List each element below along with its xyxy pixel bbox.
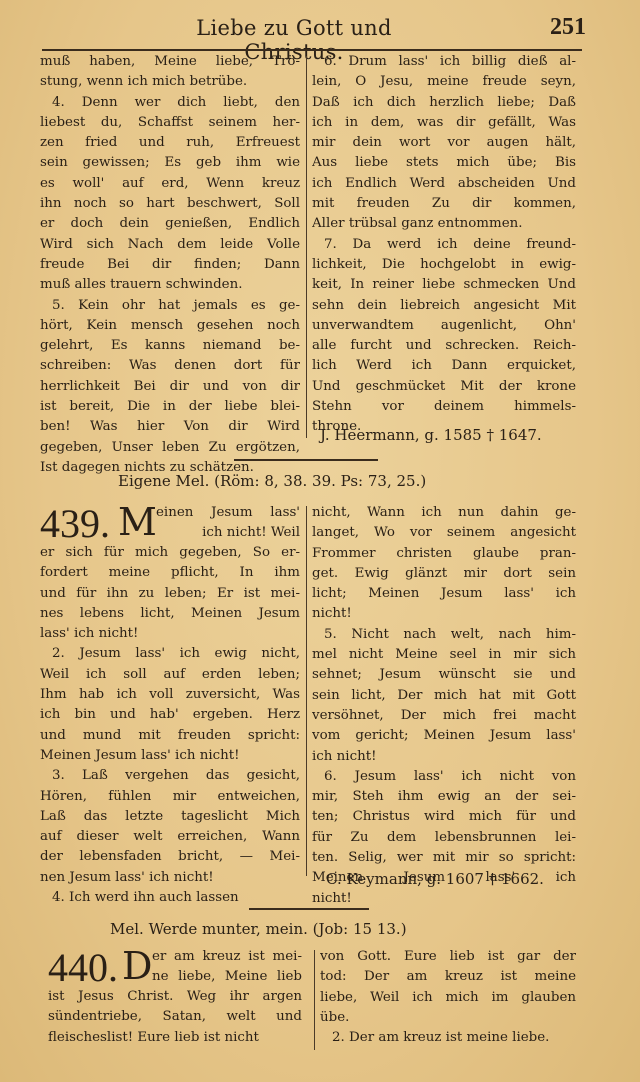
verse-line: mit freuden Zu dir kommen, [312,194,576,214]
first-line-1: einen Jesum lass' [156,503,300,523]
verse-line: fordert meine pflicht, In ihm [40,563,300,583]
column-divider [306,506,307,876]
verse-line: mel nicht Meine seel in mir sich [312,645,576,665]
verse-line: fleischeslist! Eure lieb ist nicht [48,1028,302,1048]
hymn-440-right-column: von Gott. Eure lieb ist gar dertod: Der … [320,947,576,1048]
hymn-440-dropcap: D [122,946,152,986]
verse-line: mir, Steh ihm ewig an der sei- [312,787,576,807]
verse-line: muß haben, Meine liebe, Trö- [40,52,300,72]
verse-line: 2. Jesum lass' ich ewig nicht, [40,644,300,664]
verse-line: 7. Da werd ich deine freund- [312,235,576,255]
verse-line: langet, Wo vor seinem angesicht [312,523,576,543]
hymn-438-attribution: J. Heermann, g. 1585 † 1647. [320,426,542,444]
verse-line: ich in dem, was dir gefällt, Was [312,113,576,133]
verse-line: unverwandtem augenlicht, Ohn' [312,316,576,336]
verse-line: get. Ewig glänzt mir dort sein [312,564,576,584]
verse-line: sehn dein liebreich angesicht Mit [312,296,576,316]
verse-line: ist Jesus Christ. Weg ihr argen [48,987,302,1007]
verse-line: lass' ich nicht! [40,624,300,644]
verse-line: nicht! [312,889,576,909]
verse-line: und für ihn zu leben; Er ist mei- [40,584,300,604]
verse-line: 6. Jesum lass' ich nicht von [312,767,576,787]
verse-line: Meinen Jesum lass' ich nicht! [40,746,300,766]
verse-line: 5. Nicht nach welt, nach him- [312,625,576,645]
verse-line: freude Bei dir finden; Dann [40,255,300,275]
verse-line: zen fried und ruh, Erfreuest [40,133,300,153]
verse-line: Aus liebe stets mich übe; Bis [312,153,576,173]
verse-line: auf dieser welt erreichen, Wann [40,827,300,847]
verse-line: keit, In reiner liebe schmecken Und [312,275,576,295]
verse-line: liebest du, Schaffst seinem her- [40,113,300,133]
verse-line: und mund mit freuden spricht: [40,726,300,746]
verse-line: 5. Kein ohr hat jemals es ge- [40,296,300,316]
verse-line: muß alles trauern schwinden. [40,275,300,295]
verse-line: ten; Christus wird mich für und [312,807,576,827]
verse-line: tod: Der am kreuz ist meine [320,967,576,987]
verse-line: 6. Drum lass' ich billig dieß al- [312,52,576,72]
section-rule [249,908,369,910]
verse-line: ich Endlich Werd abscheiden Und [312,174,576,194]
verse-line: Weil ich soll auf erden leben; [40,665,300,685]
verse-line: der lebensfaden bricht, — Mei- [40,847,300,867]
verse-line: schreiben: Was denen dort für [40,356,300,376]
verse-line: Aller trübsal ganz entnommen. [312,214,576,234]
verse-line: 2. Der am kreuz ist meine liebe. [320,1028,576,1048]
column-divider [314,950,315,1050]
verse-line: sündentriebe, Satan, welt und [48,1007,302,1027]
verse-line: herrlichkeit Bei dir und von dir [40,377,300,397]
verse-line: 4. Denn wer dich liebt, den [40,93,300,113]
first-line-2: ne liebe, Meine lieb [152,967,302,987]
verse-line: vom gericht; Meinen Jesum lass' [312,726,576,746]
verse-line: Ihm hab ich voll zuversicht, Was [40,685,300,705]
verse-line: sein licht, Der mich hat mit Gott [312,686,576,706]
verse-line: lein, O Jesu, meine freude seyn, [312,72,576,92]
verse-line: nicht, Wann ich nun dahin ge- [312,503,576,523]
hymn-440-first-lines: er am kreuz ist mei- ne liebe, Meine lie… [152,947,302,988]
verse-line: sehnet; Jesum wünscht sie und [312,665,576,685]
verse-line: Laß das letzte tageslicht Mich [40,807,300,827]
verse-line: ten. Selig, wer mit mir so spricht: [312,848,576,868]
verse-line: ich bin und hab' ergeben. Herz [40,705,300,725]
verse-line: er sich für mich gegeben, So er- [40,543,300,563]
verse-line: 3. Laß vergehen das gesicht, [40,766,300,786]
page-number: 251 [550,14,586,41]
verse-line: Stehn vor deinem himmels- [312,397,576,417]
verse-line: 4. Ich werd ihn auch lassen [40,888,300,908]
hymn-440-melody-line: Mel. Werde munter, mein. (Job: 15 13.) [110,920,407,938]
verse-line: er doch dein genießen, Endlich [40,214,300,234]
hymnal-page: Liebe zu Gott und Christus. 251 muß habe… [34,0,586,1082]
verse-line: licht; Meinen Jesum lass' ich [312,584,576,604]
hymn-439-melody-line: Eigene Mel. (Röm: 8, 38. 39. Ps: 73, 25.… [118,472,426,490]
hymn-440-left-column: ist Jesus Christ. Weg ihr argensündentri… [48,987,302,1048]
verse-line: ich nicht! [312,747,576,767]
first-line-1: er am kreuz ist mei- [152,947,302,967]
hymn-439-first-lines: einen Jesum lass' ich nicht! Weil [156,503,300,544]
verse-line: ist bereit, Die in der liebe blei- [40,397,300,417]
verse-line: Und geschmücket Mit der krone [312,377,576,397]
verse-line: mir dein wort vor augen hält, [312,133,576,153]
hymn-439-left-column: er sich für mich gegeben, So er-fordert … [40,543,300,908]
verse-line: von Gott. Eure lieb ist gar der [320,947,576,967]
verse-line: Frommer christen glaube pran- [312,544,576,564]
hymn-439-right-column: nicht, Wann ich nun dahin ge-langet, Wo … [312,503,576,909]
hymn-438-left-column: muß haben, Meine liebe, Trö-stung, wenn … [40,52,300,478]
verse-line: Hören, fühlen mir entweichen, [40,787,300,807]
first-line-2: ich nicht! Weil [156,523,300,543]
page-header: Liebe zu Gott und Christus. 251 [34,10,586,50]
verse-line: Daß ich dich herzlich liebe; Daß [312,93,576,113]
verse-line: Wird sich Nach dem leide Volle [40,235,300,255]
verse-line: lich Werd ich Dann erquicket, [312,356,576,376]
verse-line: gelehrt, Es kanns niemand be- [40,336,300,356]
verse-line: ben! Was hier Von dir Wird [40,417,300,437]
verse-line: nen Jesum lass' ich nicht! [40,868,300,888]
header-rule [42,49,582,51]
hymn-439-dropcap: M [118,502,157,542]
verse-line: es woll' auf erd, Wenn kreuz [40,174,300,194]
verse-line: alle furcht und schrecken. Reich- [312,336,576,356]
verse-line: sein gewissen; Es geb ihm wie [40,153,300,173]
verse-line: übe. [320,1008,576,1028]
hymn-439-number: 439. [40,504,110,544]
hymn-438-right-column: 6. Drum lass' ich billig dieß al-lein, O… [312,52,576,438]
verse-line: stung, wenn ich mich betrübe. [40,72,300,92]
column-divider [306,56,307,438]
verse-line: liebe, Weil ich mich im glauben [320,988,576,1008]
section-rule [234,459,378,461]
verse-line: hört, Kein mensch gesehen noch [40,316,300,336]
verse-line: für Zu dem lebensbrunnen lei- [312,828,576,848]
verse-line: ihn noch so hart beschwert, Soll [40,194,300,214]
hymn-440-number: 440. [48,948,118,988]
verse-line: nicht! [312,604,576,624]
hymn-439-attribution: C. Keymann, g. 1607 † 1662. [326,870,544,888]
verse-line: nes lebens licht, Meinen Jesum [40,604,300,624]
verse-line: lichkeit, Die hochgelobt in ewig- [312,255,576,275]
verse-line: gegeben, Unser leben Zu ergötzen, [40,438,300,458]
verse-line: versöhnet, Der mich frei macht [312,706,576,726]
